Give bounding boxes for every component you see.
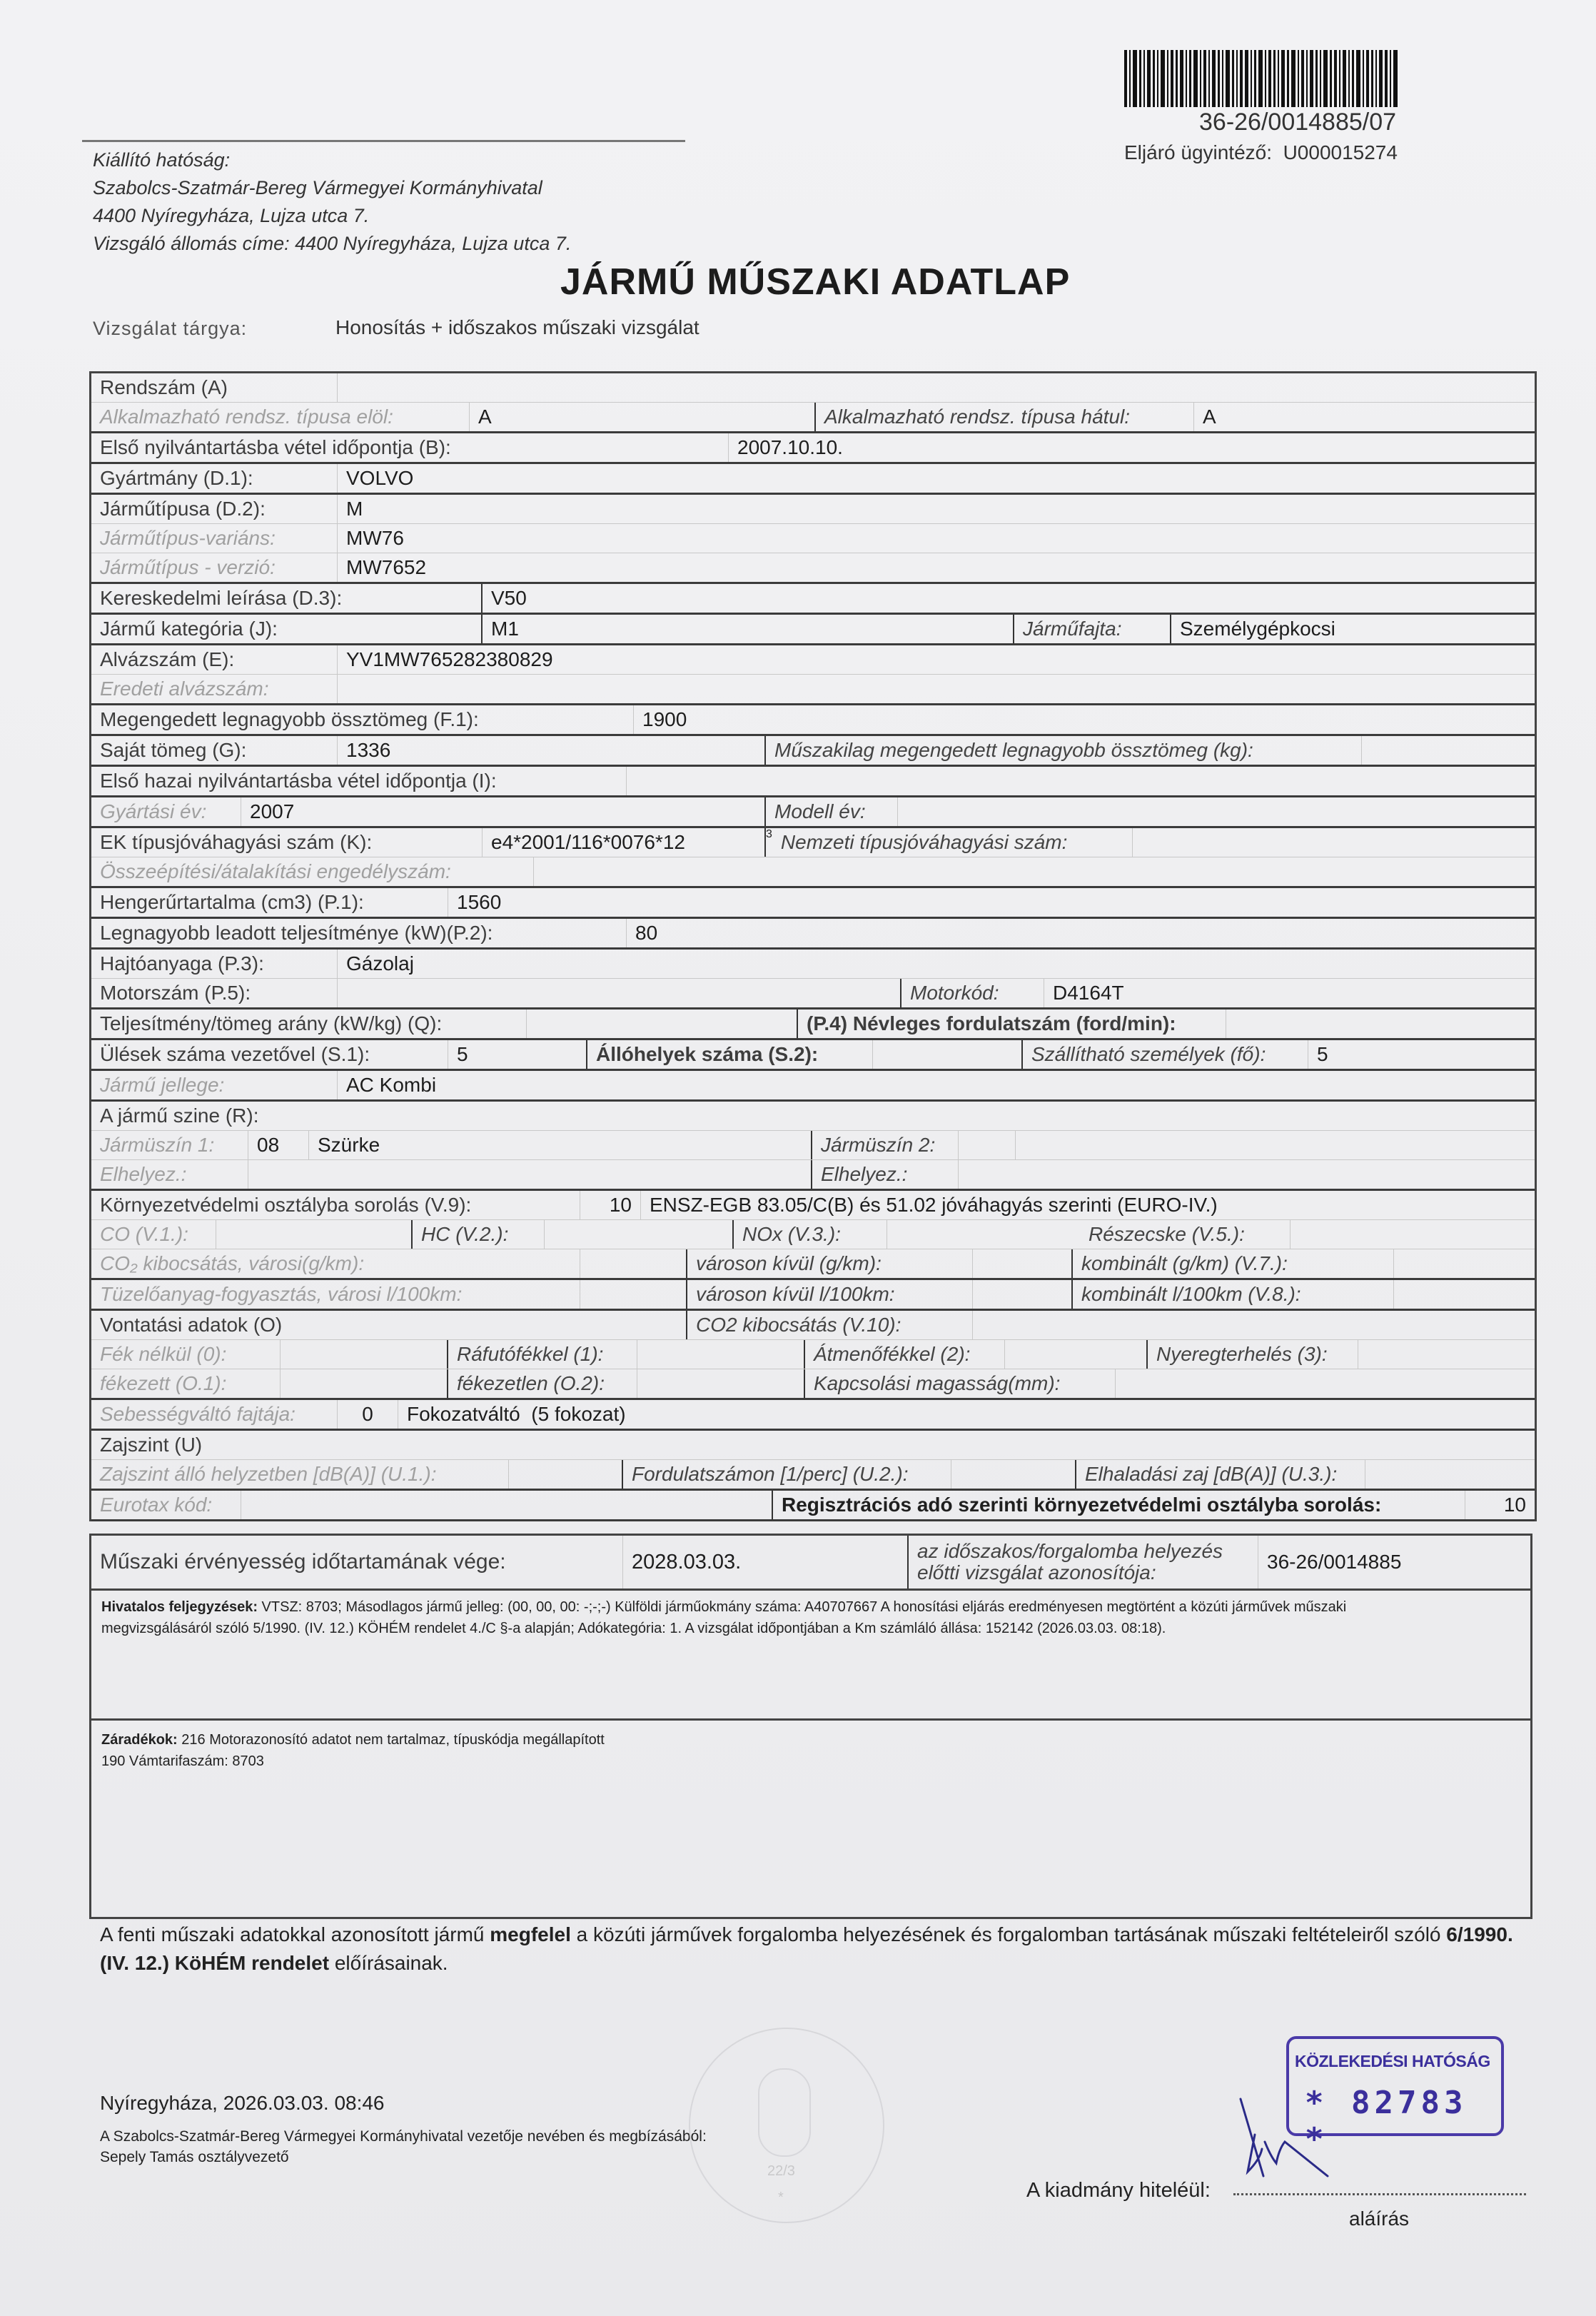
towing-header-label: Vontatási adatok (O): [91, 1311, 687, 1339]
row-first-registration: Első nyilvántartásba vétel időpontja (B)…: [91, 433, 1535, 464]
placement1-label: Elhelyez.:: [91, 1160, 248, 1189]
eurotax-value: [241, 1491, 773, 1519]
persons-label: Szállítható személyek (fő):: [1023, 1040, 1308, 1069]
power-mass-ratio-value: [527, 1010, 798, 1038]
engine-code-value: D4164T: [1044, 979, 1535, 1007]
row-fuel: Hajtóanyaga (P.3): Gázolaj: [91, 950, 1535, 979]
through-brake-value: [1005, 1340, 1148, 1369]
coupling-height-label: Kapcsolási magasság(mm):: [805, 1369, 1116, 1398]
barcode: [1124, 50, 1495, 107]
coupling-height-value: [1116, 1369, 1535, 1398]
row-co2: CO₂ kibocsátás, városi(g/km): városon kí…: [91, 1249, 1535, 1280]
validity-label: Műszaki érvényesség időtartamának vége:: [91, 1536, 623, 1589]
braked-label: fékezett (O.1):: [91, 1369, 281, 1398]
max-power-label: Legnagyobb leadott teljesítménye (kW)(P.…: [91, 919, 627, 947]
row-color-header: A jármű szine (R):: [91, 1102, 1535, 1131]
rated-rpm-value: [1226, 1010, 1535, 1038]
own-mass-value: 1336: [338, 736, 766, 765]
gearbox-code: 0: [338, 1400, 398, 1429]
issuer-address: 4400 Nyíregyháza, Lujza utca 7.: [93, 202, 571, 230]
version-value: MW7652: [338, 553, 1535, 582]
displacement-label: Hengerűrtartalma (cm3) (P.1):: [91, 888, 448, 917]
body-type-label: Jármű jellege:: [91, 1071, 338, 1099]
row-towing-header: Vontatási adatok (O) CO2 kibocsátás (V.1…: [91, 1311, 1535, 1340]
ec-approval-label: EK típusjóváhagyási szám (K):: [91, 828, 483, 857]
first-domestic-registration-label: Első hazai nyilvántartásba vétel időpont…: [91, 767, 627, 795]
first-registration-label: Első nyilvántartásba vétel időpontja (B)…: [91, 433, 729, 462]
row-noise-header: Zajszint (U): [91, 1431, 1535, 1460]
behalf-text: A Szabolcs-Szatmár-Bereg Vármegyei Kormá…: [100, 2126, 707, 2147]
validity-box: Műszaki érvényesség időtartamának vége: …: [89, 1534, 1532, 1591]
issuer-block: Kiállító hatóság: Szabolcs-Szatmár-Bereg…: [93, 146, 571, 258]
gearbox-value: Fokozatváltó (5 fokozat): [398, 1400, 1535, 1429]
rated-rpm-label: (P.4) Névleges fordulatszám (ford/min):: [798, 1010, 1226, 1038]
document-page: Kiállító hatóság: Szabolcs-Szatmár-Bereg…: [0, 0, 1596, 2316]
handler-label: Eljáró ügyintéző:: [1124, 141, 1272, 163]
plate-rear-value: A: [1194, 403, 1535, 431]
row-rendszam: Rendszám (A): [91, 373, 1535, 403]
color1-value: Szürke: [309, 1131, 812, 1159]
vehicle-data-table: Rendszám (A) Alkalmazható rendsz. típusa…: [89, 371, 1537, 1521]
plate-front-value: A: [470, 403, 816, 431]
fuel-comb-label: kombinált l/100km (V.8.):: [1073, 1280, 1394, 1309]
unbraked-label: fékezetlen (O.2):: [448, 1369, 637, 1398]
row-power-ratio: Teljesítmény/tömeg arány (kW/kg) (Q): (P…: [91, 1010, 1535, 1040]
official-notes-box: Hivatalos feljegyzések: VTSZ: 8703; Máso…: [89, 1591, 1532, 1721]
row-original-vin: Eredeti alvázszám:: [91, 675, 1535, 705]
row-engine: Motorszám (P.5): Motorkód: D4164T: [91, 979, 1535, 1010]
build-permit-value: [534, 857, 1535, 886]
clauses-line2: 190 Vámtarifaszám: 8703: [101, 1753, 264, 1769]
signature-icon: [1221, 2092, 1342, 2185]
engine-number-label: Motorszám (P.5):: [91, 979, 338, 1007]
noise-passby-label: Elhaladási zaj [dB(A)] (U.3.):: [1076, 1460, 1365, 1489]
original-vin-label: Eredeti alvázszám:: [91, 675, 338, 703]
eurotax-label: Eurotax kód:: [91, 1491, 241, 1519]
official-name: Sepely Tamás osztályvezető: [100, 2147, 707, 2168]
conformity-text-2: a közúti járművek forgalomba helyezéséne…: [571, 1923, 1446, 1945]
engine-code-label: Motorkód:: [901, 979, 1044, 1007]
issuer-name: Szabolcs-Szatmár-Bereg Vármegyei Kormány…: [93, 174, 571, 202]
conformity-text-3: előírásainak.: [329, 1952, 448, 1974]
commercial-name-label: Kereskedelmi leírása (D.3):: [91, 584, 483, 613]
row-ec-approval: EK típusjóváhagyási szám (K): e4*2001/11…: [91, 828, 1535, 857]
signature-label: aláírás: [1349, 2207, 1409, 2230]
fuel-comb-value: [1394, 1280, 1535, 1309]
prior-inspection-label-2: előtti vizsgálat azonosítója:: [917, 1562, 1156, 1584]
row-noise: Zajszint álló helyzetben [dB(A)] (U.1.):…: [91, 1460, 1535, 1491]
noise-rpm-label: Fordulatszámon [1/perc] (U.2.):: [623, 1460, 951, 1489]
tech-max-mass-value: [1362, 736, 1535, 765]
prior-inspection-value: 36-26/0014885: [1258, 1536, 1530, 1589]
variant-label: Járműtípus-variáns:: [91, 524, 338, 553]
power-mass-ratio-label: Teljesítmény/tömeg arány (kW/kg) (Q):: [91, 1010, 527, 1038]
row-color: Jármüszín 1: 08 Szürke Jármüszín 2:: [91, 1131, 1535, 1160]
fuel-urban-value: [580, 1280, 687, 1309]
coat-of-arms-icon: [758, 2068, 811, 2157]
official-notes-line1: VTSZ: 8703; Másodlagos jármű jelleg: (00…: [258, 1599, 1346, 1615]
conformity-bold-1: megfelel: [490, 1923, 571, 1945]
color1-label: Jármüszín 1:: [91, 1131, 248, 1159]
row-version: Járműtípus - verzió: MW7652: [91, 553, 1535, 584]
handler-line: Eljáró ügyintéző: U000015274: [1124, 141, 1398, 164]
first-domestic-registration-value: [627, 767, 1535, 795]
nox-label: NOx (V.3.):: [734, 1220, 887, 1249]
model-year-label: Modell év:: [766, 797, 898, 826]
variant-value: MW76: [338, 524, 1535, 553]
plate-rear-label: Alkalmazható rendsz. típusa hátul:: [816, 403, 1194, 431]
model-year-value: [898, 797, 1535, 826]
fuel-value: Gázolaj: [338, 950, 1535, 978]
overrun-brake-label: Ráfutófékkel (1):: [448, 1340, 637, 1369]
handler-value: U000015274: [1283, 141, 1398, 163]
overrun-brake-value: [637, 1340, 805, 1369]
prior-inspection-label: az időszakos/forgalomba helyezés előtti …: [909, 1536, 1258, 1589]
no-brake-value: [281, 1340, 448, 1369]
row-manufacture-year: Gyártási év: 2007 Modell év:: [91, 797, 1535, 828]
placement1-value: [248, 1160, 812, 1189]
seats-value: 5: [448, 1040, 587, 1069]
through-brake-label: Átmenőfékkel (2):: [805, 1340, 1005, 1369]
row-type: Járműtípusa (D.2): M: [91, 495, 1535, 524]
official-notes-title: Hivatalos feljegyzések:: [101, 1599, 258, 1615]
subject-label: Vizsgálat tárgya:: [93, 318, 247, 340]
row-brakes-1: Fék nélkül (0): Ráfutófékkel (1): Átmenő…: [91, 1340, 1535, 1369]
vin-value: YV1MW765282380829: [338, 645, 1535, 674]
co2-extra-label: városon kívül (g/km):: [687, 1249, 973, 1278]
row-max-power: Legnagyobb leadott teljesítménye (kW)(P.…: [91, 919, 1535, 950]
station-address: Vizsgáló állomás címe: 4400 Nyíregyháza,…: [93, 230, 571, 258]
row-commercial-name: Kereskedelmi leírása (D.3): V50: [91, 584, 1535, 615]
color2-value: [1016, 1131, 1535, 1159]
standing-value: [873, 1040, 1023, 1069]
fuel-urban-label: Tüzelőanyag-fogyasztás, városi l/100km:: [91, 1280, 580, 1309]
clauses-title: Záradékok:: [101, 1732, 178, 1748]
co2-v10-label: CO2 kibocsátás (V.10):: [687, 1311, 973, 1339]
reg-tax-class-label: Regisztrációs adó szerinti környezetvéde…: [773, 1491, 1465, 1519]
rendszam-value: [338, 373, 1535, 402]
noise-stationary-value: [509, 1460, 623, 1489]
embossed-seal: 22/3 *: [689, 2028, 884, 2223]
category-value: M1: [483, 615, 1014, 643]
row-category: Jármű kategória (J): M1 Járműfajta: Szem…: [91, 615, 1535, 645]
official-notes-line2: megvizsgálásáról szóló 5/1990. (IV. 12.)…: [101, 1621, 1166, 1636]
row-vin: Alvázszám (E): YV1MW765282380829: [91, 645, 1535, 675]
document-number: 36-26/0014885/07: [1199, 109, 1396, 136]
no-brake-label: Fék nélkül (0):: [91, 1340, 281, 1369]
max-mass-label: Megengedett legnagyobb össztömeg (F.1):: [91, 705, 634, 734]
co-label: CO (V.1.):: [91, 1220, 216, 1249]
conformity-statement: A fenti műszaki adatokkal azonosított já…: [100, 1920, 1527, 1978]
co2-extra-value: [973, 1249, 1073, 1278]
noise-rpm-value: [951, 1460, 1076, 1489]
row-build-permit: Összeépítési/átalakítási engedélyszám:: [91, 857, 1535, 888]
vehicle-kind-label: Járműfajta:: [1014, 615, 1171, 643]
placement2-label: Elhelyez.:: [812, 1160, 959, 1189]
engine-number-value: [338, 979, 901, 1007]
official-notes: Hivatalos feljegyzések: VTSZ: 8703; Máso…: [91, 1591, 1530, 1645]
co2-urban-label: CO₂ kibocsátás, városi(g/km):: [91, 1249, 580, 1278]
national-approval-value: [1133, 828, 1535, 857]
co2-comb-label: kombinált (g/km) (V.7.):: [1073, 1249, 1394, 1278]
make-value: VOLVO: [338, 464, 1535, 493]
row-body-type: Jármű jellege: AC Kombi: [91, 1071, 1535, 1102]
row-plate-types: Alkalmazható rendsz. típusa elöl: A Alka…: [91, 403, 1535, 433]
row-fuel-consumption: Tüzelőanyag-fogyasztás, városi l/100km: …: [91, 1280, 1535, 1311]
signature-line: [1233, 2193, 1526, 2195]
max-mass-value: 1900: [634, 705, 1535, 734]
version-label: Járműtípus - verzió:: [91, 553, 338, 582]
build-permit-label: Összeépítési/átalakítási engedélyszám:: [91, 857, 534, 886]
issuer-label: Kiállító hatóság:: [93, 146, 571, 174]
stamp-title: KÖZLEKEDÉSI HATÓSÁG: [1295, 2052, 1490, 2071]
saddle-load-value: [1358, 1340, 1535, 1369]
displacement-value: 1560: [448, 888, 1535, 917]
co2-urban-value: [580, 1249, 687, 1278]
body-type-value: AC Kombi: [338, 1071, 1535, 1099]
header-rule: [82, 140, 685, 142]
validity-value: 2028.03.03.: [623, 1536, 909, 1589]
clauses-box: Záradékok: 216 Motorazonosító adatot nem…: [89, 1721, 1532, 1919]
own-mass-label: Saját tömeg (G):: [91, 736, 338, 765]
saddle-load-label: Nyeregterhelés (3):: [1148, 1340, 1358, 1369]
category-label: Jármű kategória (J):: [91, 615, 483, 643]
noise-stationary-label: Zajszint álló helyzetben [dB(A)] (U.1.):: [91, 1460, 509, 1489]
attest-label: A kiadmány hiteléül:: [1026, 2179, 1211, 2202]
placement2-value: [959, 1160, 1535, 1189]
fuel-extra-label: városon kívül l/100km:: [687, 1280, 973, 1309]
fuel-extra-value: [973, 1280, 1073, 1309]
vin-label: Alvázszám (E):: [91, 645, 338, 674]
ec-approval-value: e4*2001/116*0076*12: [483, 828, 766, 857]
color2-code: [959, 1131, 1016, 1159]
hc-label: HC (V.2.):: [413, 1220, 545, 1249]
original-vin-value: [338, 675, 1535, 703]
vehicle-kind-value: Személygépkocsi: [1171, 615, 1535, 643]
row-max-mass: Megengedett legnagyobb össztömeg (F.1): …: [91, 705, 1535, 736]
manufacture-year-label: Gyártási év:: [91, 797, 241, 826]
row-placement: Elhelyez.: Elhelyez.:: [91, 1160, 1535, 1191]
noise-passby-value: [1365, 1460, 1535, 1489]
tech-max-mass-label: Műszakilag megengedett legnagyobb össztö…: [766, 736, 1362, 765]
co-value: [216, 1220, 413, 1249]
place-date: Nyíregyháza, 2026.03.03. 08:46: [100, 2092, 385, 2115]
fuel-label: Hajtóanyaga (P.3):: [91, 950, 338, 978]
plate-front-label: Alkalmazható rendsz. típusa elöl:: [91, 403, 470, 431]
braked-value: [281, 1369, 448, 1398]
type-label: Járműtípusa (D.2):: [91, 495, 338, 523]
row-displacement: Hengerűrtartalma (cm3) (P.1): 1560: [91, 888, 1535, 919]
row-emissions: CO (V.1.): HC (V.2.): NOx (V.3.): Részec…: [91, 1220, 1535, 1249]
star-icon: *: [778, 2190, 784, 2206]
commercial-name-value: V50: [483, 584, 1535, 613]
row-first-domestic-registration: Első hazai nyilvántartásba vétel időpont…: [91, 767, 1535, 797]
particles-label: Részecske (V.5.):: [1080, 1220, 1291, 1249]
row-make: Gyártmány (D.1): VOLVO: [91, 464, 1535, 495]
prior-inspection-label-1: az időszakos/forgalomba helyezés: [917, 1541, 1223, 1562]
env-class-label: Környezetvédelmi osztályba sorolás (V.9)…: [91, 1191, 580, 1219]
row-env-class: Környezetvédelmi osztályba sorolás (V.9)…: [91, 1191, 1535, 1220]
page-title: JÁRMŰ MŰSZAKI ADATLAP: [560, 261, 1070, 303]
national-approval-label: Nemzeti típusjóváhagyási szám:: [772, 828, 1133, 857]
color1-code: 08: [248, 1131, 309, 1159]
manufacture-year-value: 2007: [241, 797, 766, 826]
row-gearbox: Sebességváltó fajtája: 0 Fokozatváltó (5…: [91, 1400, 1535, 1431]
max-power-value: 80: [627, 919, 1535, 947]
seats-label: Ülések száma vezetővel (S.1):: [91, 1040, 448, 1069]
row-eurotax: Eurotax kód: Regisztrációs adó szerinti …: [91, 1491, 1535, 1521]
co2-comb-value: [1394, 1249, 1535, 1278]
persons-value: 5: [1308, 1040, 1535, 1069]
co2-v10-value: [973, 1311, 1535, 1339]
color-header-label: A jármű szine (R):: [91, 1102, 1535, 1130]
noise-header-label: Zajszint (U): [91, 1431, 1535, 1459]
row-brakes-2: fékezett (O.1): fékezetlen (O.2): Kapcso…: [91, 1369, 1535, 1400]
row-seats: Ülések száma vezetővel (S.1): 5 Állóhely…: [91, 1040, 1535, 1071]
env-class-code: 10: [580, 1191, 641, 1219]
rendszam-label: Rendszám (A): [91, 373, 338, 402]
clauses: Záradékok: 216 Motorazonosító adatot nem…: [91, 1721, 1530, 1778]
color2-label: Jármüszín 2:: [812, 1131, 959, 1159]
gearbox-label: Sebességváltó fajtája:: [91, 1400, 338, 1429]
conformity-text-1: A fenti műszaki adatokkal azonosított já…: [100, 1923, 490, 1945]
env-class-value: ENSZ-EGB 83.05/C(B) és 51.02 jóváhagyás …: [641, 1191, 1535, 1219]
nox-value: [887, 1220, 1080, 1249]
standing-label: Állóhelyek száma (S.2):: [587, 1040, 873, 1069]
reg-tax-class-value: 10: [1465, 1491, 1535, 1519]
subject-value: Honosítás + időszakos műszaki vizsgálat: [335, 316, 699, 339]
unbraked-value: [637, 1369, 805, 1398]
make-label: Gyártmány (D.1):: [91, 464, 338, 493]
type-value: M: [338, 495, 1535, 523]
clauses-line1: 216 Motorazonosító adatot nem tartalmaz,…: [178, 1732, 605, 1748]
row-variant: Járműtípus-variáns: MW76: [91, 524, 1535, 553]
particles-value: [1291, 1220, 1535, 1249]
seal-number: 22/3: [767, 2163, 795, 2180]
row-own-mass: Saját tömeg (G): 1336 Műszakilag megenge…: [91, 736, 1535, 767]
hc-value: [545, 1220, 734, 1249]
first-registration-value: 2007.10.10.: [729, 433, 1535, 462]
behalf-block: A Szabolcs-Szatmár-Bereg Vármegyei Kormá…: [100, 2126, 707, 2168]
